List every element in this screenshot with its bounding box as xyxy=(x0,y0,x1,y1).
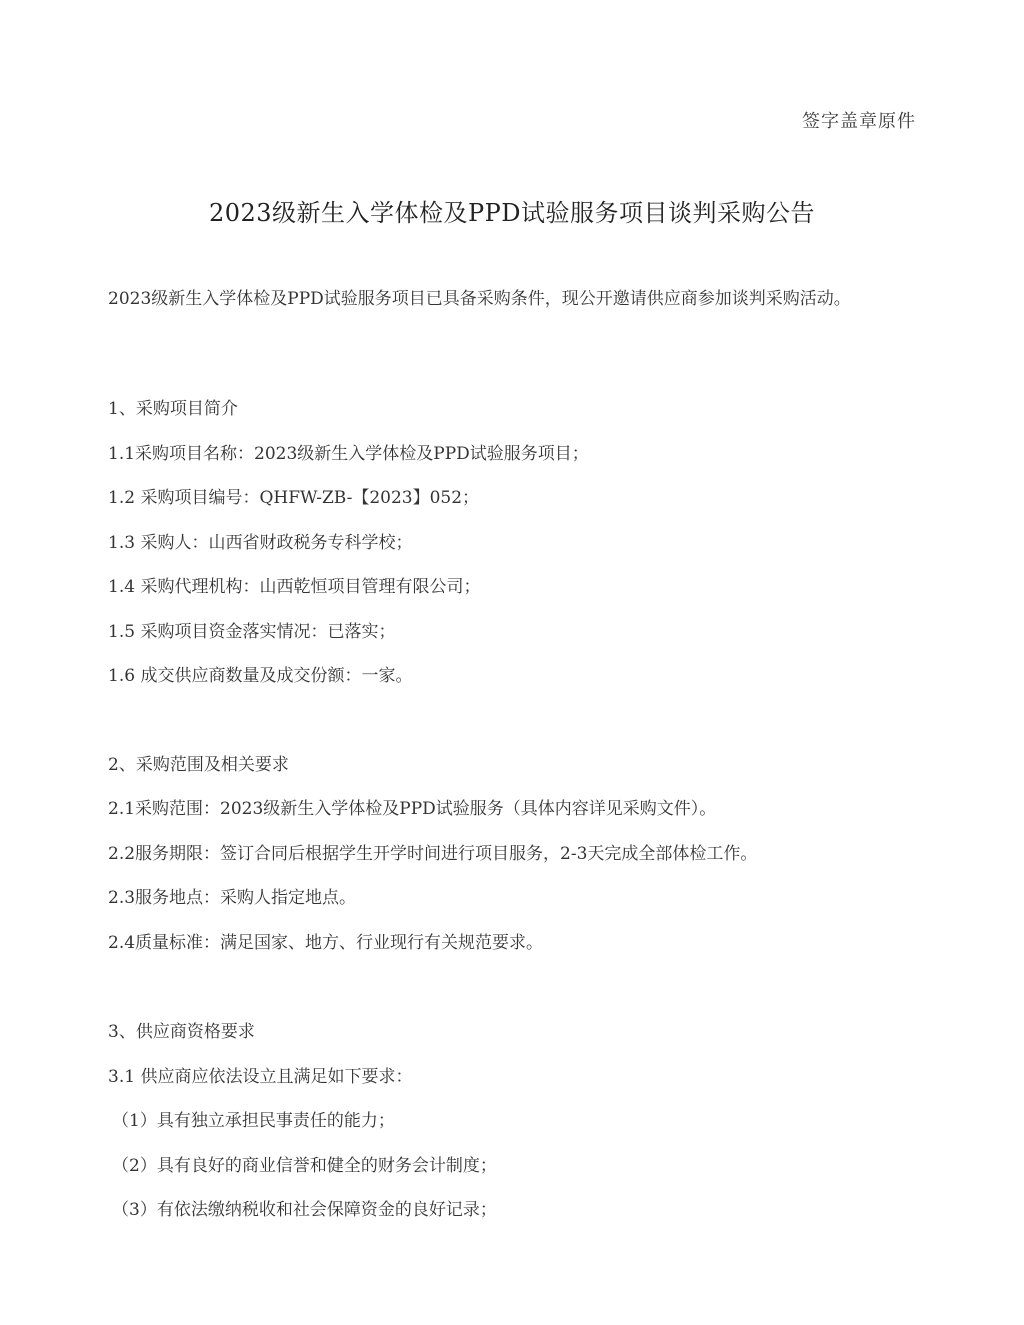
section-2-item: 2.1采购范围：2023级新生入学体检及PPD试验服务（具体内容详见采购文件）。 xyxy=(108,797,716,821)
section-1-item: 1.5 采购项目资金落实情况：已落实； xyxy=(108,620,395,644)
section-2-item: 2.3服务地点：采购人指定地点。 xyxy=(108,886,356,910)
section-2-heading: 2、采购范围及相关要求 xyxy=(108,753,289,777)
section-1-item: 1.2 采购项目编号：QHFW-ZB-【2023】052； xyxy=(108,486,479,510)
section-1-item: 1.1采购项目名称：2023级新生入学体检及PPD试验服务项目； xyxy=(108,442,589,466)
section-3-heading: 3、供应商资格要求 xyxy=(108,1020,255,1044)
section-3-item: （1）具有独立承担民事责任的能力； xyxy=(112,1109,395,1133)
document-page: 签字盖章原件 2023级新生入学体检及PPD试验服务项目谈判采购公告 2023级… xyxy=(0,0,1024,1325)
section-2-item: 2.4质量标准：满足国家、地方、行业现行有关规范要求。 xyxy=(108,931,543,955)
section-1-heading: 1、采购项目简介 xyxy=(108,397,238,421)
section-1-item: 1.6 成交供应商数量及成交份额：一家。 xyxy=(108,664,412,688)
section-1-item: 1.4 采购代理机构：山西乾恒项目管理有限公司； xyxy=(108,575,480,599)
section-3-item: （3）有依法缴纳税收和社会保障资金的良好记录； xyxy=(112,1198,497,1222)
section-3-item: 3.1 供应商应依法设立且满足如下要求： xyxy=(108,1065,412,1089)
intro-paragraph: 2023级新生入学体检及PPD试验服务项目已具备采购条件，现公开邀请供应商参加谈… xyxy=(108,286,908,312)
section-2-item: 2.2服务期限：签订合同后根据学生开学时间进行项目服务，2-3天完成全部体检工作… xyxy=(108,842,757,866)
section-1-item: 1.3 采购人：山西省财政税务专科学校； xyxy=(108,531,412,555)
document-title: 2023级新生入学体检及PPD试验服务项目谈判采购公告 xyxy=(0,193,1024,228)
stamp-note: 签字盖章原件 xyxy=(802,107,916,133)
section-3-item: （2）具有良好的商业信誉和健全的财务会计制度； xyxy=(112,1154,497,1178)
